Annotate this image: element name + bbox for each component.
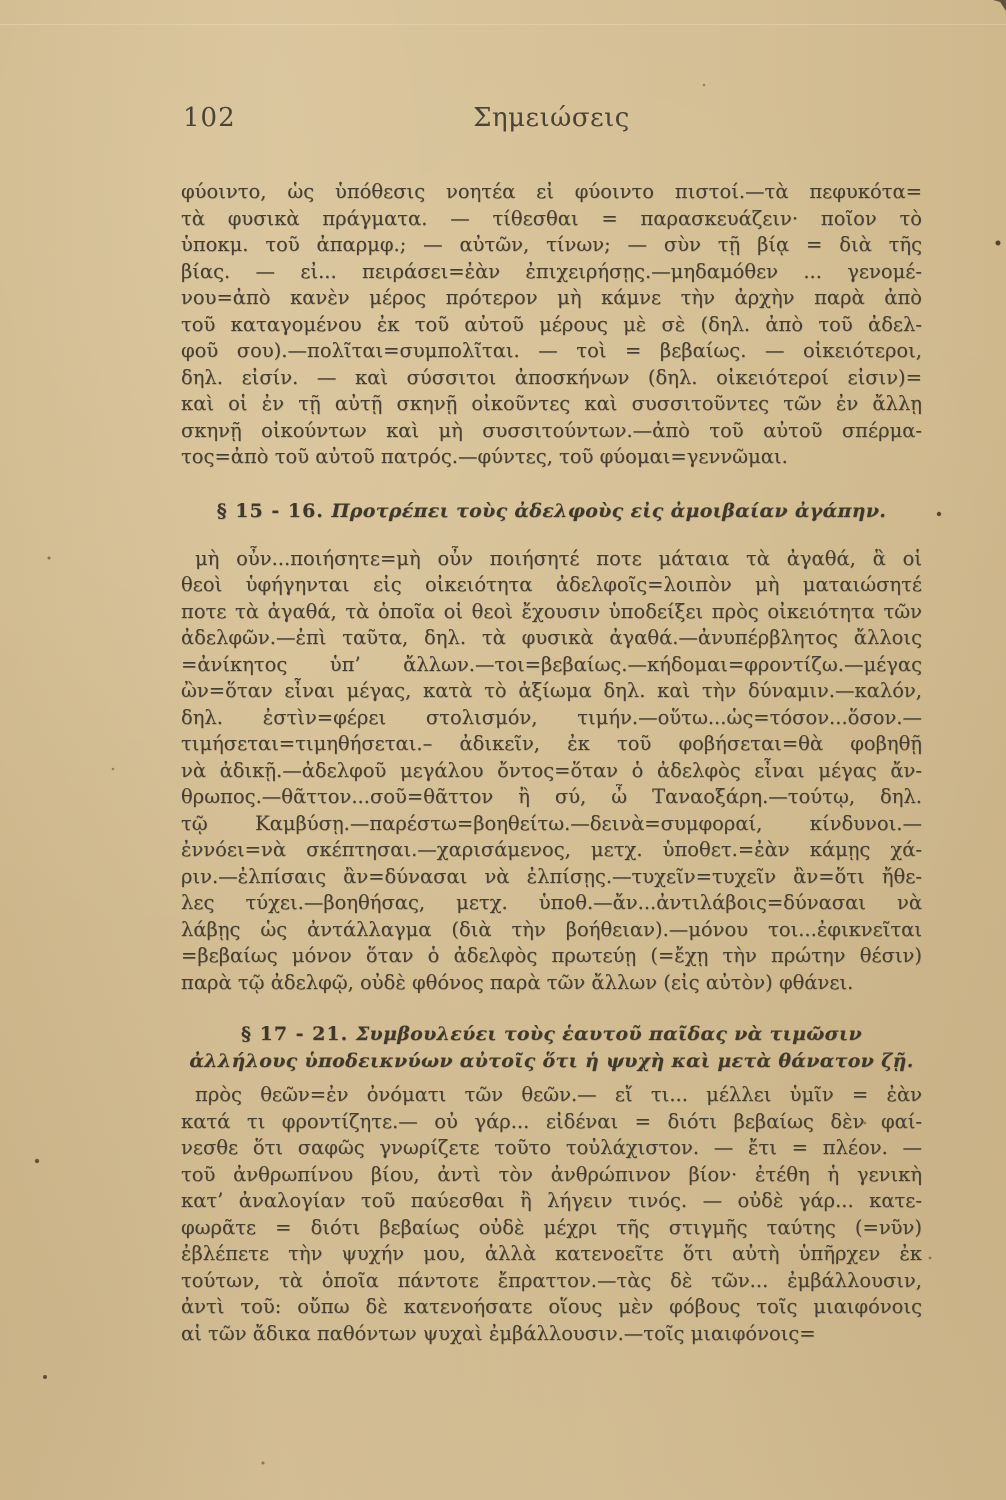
- text-line: βίας. — εἰ... πειράσει=ἐὰν ἐπιχειρήσῃς.—…: [181, 259, 922, 286]
- text-line: αἱ τῶν ἄδικα παθόντων ψυχαὶ ἐμβάλλουσιν.…: [181, 1321, 922, 1348]
- heading-text: Συμβουλεύει τοὺς ἑαυτοῦ παῖδας νὰ τιμῶσι…: [356, 1023, 862, 1045]
- text-line: ποτε τὰ ἀγαθά, τὰ ὁποῖα οἱ θεοὶ ἔχουσιν …: [181, 599, 922, 626]
- text-line: θεοὶ ὑφήγηνται εἰς οἰκειότητα ἀδελφοῖς=λ…: [181, 572, 922, 599]
- text-line: κατ’ ἀναλογίαν τοῦ παύεσθαι ἢ λήγειν τιν…: [181, 1188, 922, 1215]
- text-line: μὴ οὖν...ποιήσητε=μὴ οὖν ποιήσητέ ποτε μ…: [181, 546, 922, 573]
- text-line: παρὰ τῷ ἀδελφῷ, οὐδὲ φθόνος παρὰ τῶν ἄλλ…: [181, 970, 922, 997]
- text-line: ἀδελφῶν.—ἐπὶ ταῦτα, δηλ. τὰ φυσικὰ ἀγαθά…: [181, 625, 922, 652]
- text-line: τοῦ ἀνθρωπίνου βίου, ἀντὶ τὸν ἀνθρώπινον…: [181, 1162, 922, 1189]
- text-line: καὶ οἱ ἐν τῇ αὐτῇ σκηνῇ οἰκοῦντες καὶ συ…: [181, 391, 922, 418]
- section-heading: § 15 - 16. Προτρέπει τοὺς ἀδελφοὺς εἰς ἀ…: [181, 498, 922, 525]
- text-line: ριν.—ἐλπίσαις ἂν=δύνασαι νὰ ἐλπίσῃς.—τυχ…: [181, 864, 922, 891]
- paper-specks: [0, 0, 2, 2]
- text-line: =ἀνίκητος ὑπ’ ἄλλων.—τοι=βεβαίως.—κήδομα…: [181, 652, 922, 679]
- scanned-book-page: 102 Σημειώσεις φύοιντο, ὡς ὑπόθεσις νοητ…: [0, 0, 1006, 1500]
- heading-line: ἀλλήλους ὑποδεικνύων αὐτοῖς ὅτι ἡ ψυχὴ κ…: [181, 1048, 922, 1075]
- text-line: ἀντὶ τοῦ: οὔπω δὲ κατενοήσατε οἵους μὲν …: [181, 1294, 922, 1321]
- text-line: τοῦ καταγομένου ἐκ τοῦ αὐτοῦ μέρους μὲ σ…: [181, 312, 922, 339]
- text-line: τιμήσεται=τιμηθήσεται.– ἀδικεῖν, ἐκ τοῦ …: [181, 731, 922, 758]
- section-heading: § 17 - 21. Συμβουλεύει τοὺς ἑαυτοῦ παῖδα…: [181, 1021, 922, 1075]
- section-number: § 17 - 21.: [241, 1023, 356, 1045]
- text-line: ὑποκμ. τοῦ ἀπαρμφ.; — αὐτῶν, τίνων; — σὺ…: [181, 232, 922, 259]
- heading-text: ἀλλήλους ὑποδεικνύων αὐτοῖς ὅτι ἡ ψυχὴ κ…: [189, 1050, 913, 1072]
- paragraph: πρὸς θεῶν=ἐν ὀνόματι τῶν θεῶν.— εἴ τι...…: [181, 1082, 922, 1347]
- text-line: φύοιντο, ὡς ὑπόθεσις νοητέα εἰ φύοιντο π…: [181, 179, 922, 206]
- text-line: πρὸς θεῶν=ἐν ὀνόματι τῶν θεῶν.— εἴ τι...…: [181, 1082, 922, 1109]
- text-line: θρωπος.—θᾶττον...σοῦ=θᾶττον ἢ σύ, ὦ Τανα…: [181, 784, 922, 811]
- text-line: τος=ἀπὸ τοῦ αὐτοῦ πατρός.—φύντες, τοῦ φύ…: [181, 444, 922, 471]
- text-line: ἐβλέπετε τὴν ψυχήν μου, ἀλλὰ κατενοεῖτε …: [181, 1241, 922, 1268]
- text-block: φύοιντο, ὡς ὑπόθεσις νοητέα εἰ φύοιντο π…: [181, 179, 922, 1347]
- text-line: τῷ Καμβύσῃ.—παρέστω=βοηθείτω.—δεινὰ=συμφ…: [181, 811, 922, 838]
- scan-edge-artifact: [0, 24, 1006, 25]
- text-line: φωρᾶτε = διότι βεβαίως οὐδὲ μέχρι τῆς στ…: [181, 1215, 922, 1242]
- text-line: τούτων, τὰ ὁποῖα πάντοτε ἔπραττον.—τὰς δ…: [181, 1268, 922, 1295]
- text-line: κατά τι φροντίζητε.— οὐ γάρ... εἰδέναι =…: [181, 1109, 922, 1136]
- running-title: Σημειώσεις: [181, 103, 922, 133]
- text-line: ἐννόει=νὰ σκέπτησαι.—χαρισάμενος, μετχ. …: [181, 837, 922, 864]
- running-head: 102 Σημειώσεις: [181, 103, 922, 139]
- heading-line: § 17 - 21. Συμβουλεύει τοὺς ἑαυτοῦ παῖδα…: [181, 1021, 922, 1048]
- text-line: νεσθε ὅτι σαφῶς γνωρίζετε τοῦτο τοὐλάχισ…: [181, 1135, 922, 1162]
- text-line: νὰ ἀδικῇ.—ἀδελφοῦ μεγάλου ὄντος=ὅταν ὁ ἀ…: [181, 758, 922, 785]
- text-line: νου=ἀπὸ κανὲν μέρος πρότερον μὴ κάμνε τὴ…: [181, 285, 922, 312]
- text-line: σκηνῇ οἰκούντων καὶ μὴ συσσιτούντων.—ἀπὸ…: [181, 418, 922, 445]
- text-line: λες τύχει.—βοηθήσας, μετχ. ὑποθ.—ἄν...ἀν…: [181, 890, 922, 917]
- paragraph: φύοιντο, ὡς ὑπόθεσις νοητέα εἰ φύοιντο π…: [181, 179, 922, 471]
- text-line: φοῦ σου).—πολῖται=συμπολῖται. — τοὶ = βε…: [181, 338, 922, 365]
- text-line: ὢν=ὅταν εἶναι μέγας, κατὰ τὸ ἀξίωμα δηλ.…: [181, 678, 922, 705]
- corner-ink-mark: [993, 0, 1006, 11]
- text-line: λάβῃς ὡς ἀντάλλαγμα (διὰ τὴν βοήθειαν).—…: [181, 917, 922, 944]
- text-line: τὰ φυσικὰ πράγματα. — τίθεσθαι = παρασκε…: [181, 206, 922, 233]
- text-line: =βεβαίως μόνον ὅταν ὁ ἀδελφὸς πρωτεύῃ (=…: [181, 943, 922, 970]
- section-number: § 15 - 16.: [217, 500, 332, 522]
- text-line: δηλ. ἐστὶν=φέρει στολισμόν, τιμήν.—οὕτω.…: [181, 705, 922, 732]
- text-line: δηλ. εἰσίν. — καὶ σύσσιτοι ἀποσκήνων (δη…: [181, 365, 922, 392]
- heading-text: Προτρέπει τοὺς ἀδελφοὺς εἰς ἀμοιβαίαν ἀγ…: [332, 500, 887, 522]
- heading-line: § 15 - 16. Προτρέπει τοὺς ἀδελφοὺς εἰς ἀ…: [181, 498, 922, 525]
- paragraph: μὴ οὖν...ποιήσητε=μὴ οὖν ποιήσητέ ποτε μ…: [181, 546, 922, 997]
